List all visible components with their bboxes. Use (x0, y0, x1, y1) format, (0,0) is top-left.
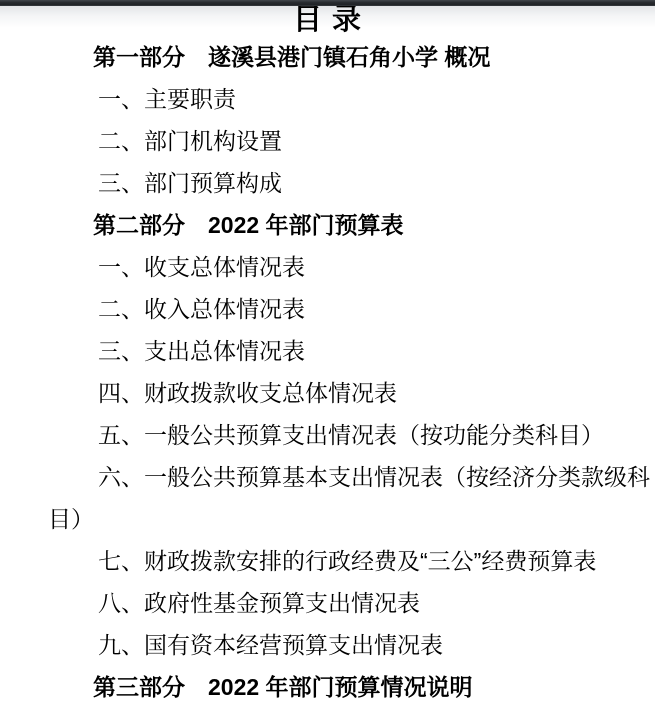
toc-item: 二、部门机构设置 (48, 120, 655, 162)
toc-item: 二、收入总体情况表 (48, 288, 655, 330)
toc-item: 一、主要职责 (48, 78, 655, 120)
toc-item: 八、政府性基金预算支出情况表 (48, 582, 655, 624)
top-chrome-bar (0, 0, 655, 6)
toc-item: 三、部门预算构成 (48, 162, 655, 204)
table-of-contents: 第一部分 遂溪县港门镇石角小学 概况 一、主要职责 二、部门机构设置 三、部门预… (0, 36, 655, 702)
toc-item: 一、收支总体情况表 (48, 246, 655, 288)
toc-item: 四、财政拨款收支总体情况表 (48, 372, 655, 414)
document-viewport: 目 录 第一部分 遂溪县港门镇石角小学 概况 一、主要职责 二、部门机构设置 三… (0, 0, 655, 702)
toc-item: 五、一般公共预算支出情况表（按功能分类科目） (48, 414, 655, 456)
toc-item-wrap-line: 目） (48, 498, 655, 540)
toc-item: 六、一般公共预算基本支出情况表（按经济分类款级科 (48, 456, 655, 498)
toc-item: 七、财政拨款安排的行政经费及“三公”经费预算表 (48, 540, 655, 582)
document-page: 目 录 第一部分 遂溪县港门镇石角小学 概况 一、主要职责 二、部门机构设置 三… (0, 0, 655, 702)
toc-section-heading-part1: 第一部分 遂溪县港门镇石角小学 概况 (48, 36, 655, 78)
toc-item: 三、支出总体情况表 (48, 330, 655, 372)
toc-section-heading-part2: 第二部分 2022 年部门预算表 (48, 204, 655, 246)
toc-section-heading-part3: 第三部分 2022 年部门预算情况说明 (48, 666, 655, 702)
toc-item: 九、国有资本经营预算支出情况表 (48, 624, 655, 666)
